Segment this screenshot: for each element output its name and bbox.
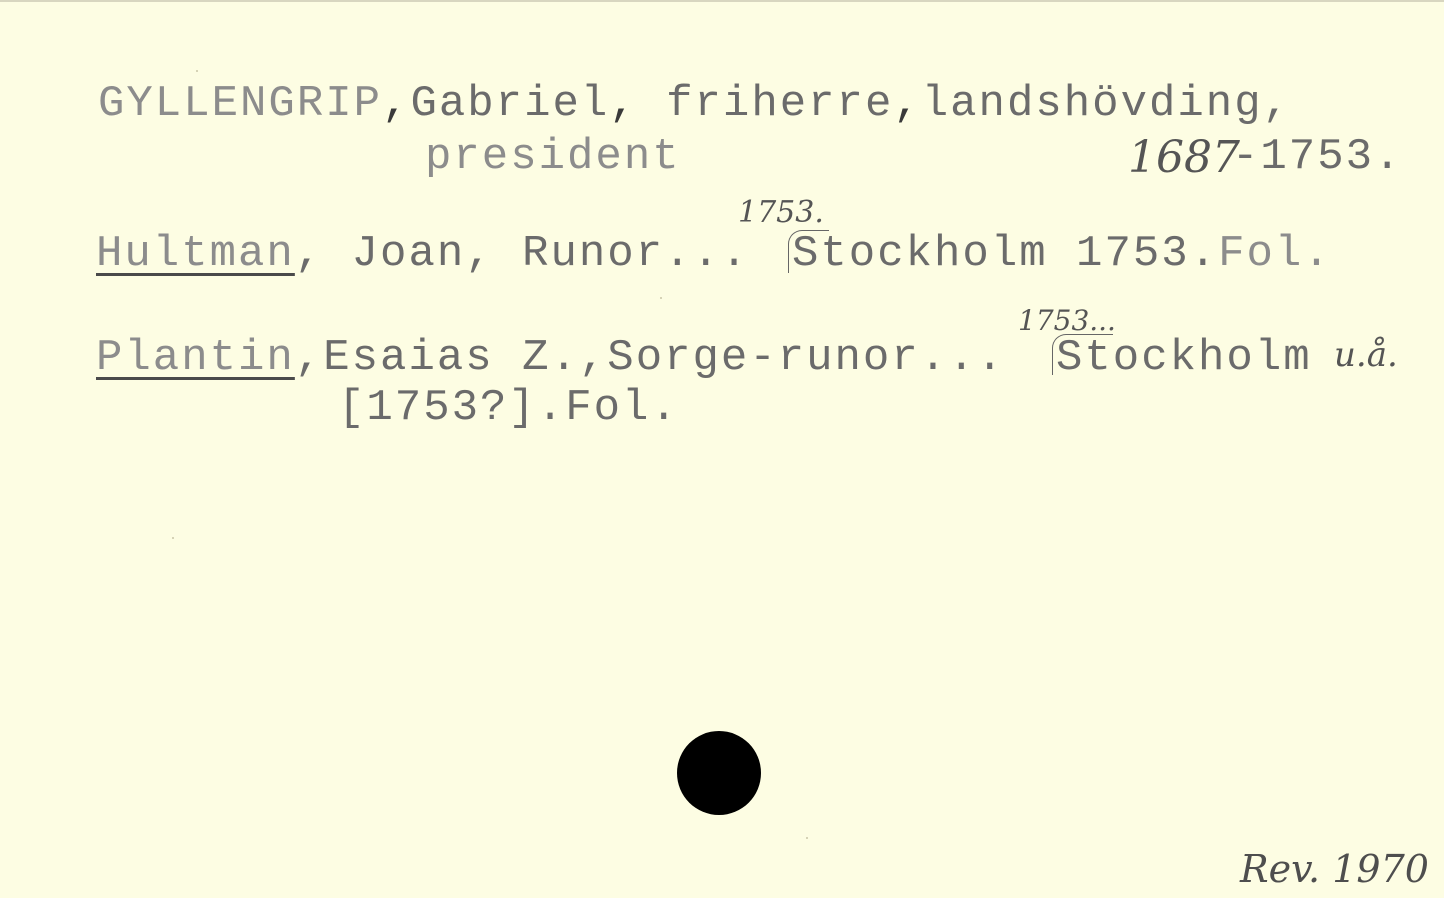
paper-speck xyxy=(172,537,174,539)
entry-2-handwritten-insert: 1753... xyxy=(1018,307,1116,335)
entry-1-author-rest: , Joan, Runor... xyxy=(295,229,749,279)
paper-speck xyxy=(196,70,198,72)
entry-1-imprint-line: Stockholm 1753.Fol. xyxy=(792,232,1332,276)
entry-1-format: Fol. xyxy=(1218,229,1332,279)
punch-hole-icon xyxy=(677,731,761,815)
heading-line-1: GYLLENGRIP,Gabriel, friherre,landshövdin… xyxy=(98,82,1291,126)
heading-title-3: president xyxy=(425,135,681,179)
entry-2-author-rest: ,Esaias Z.,Sorge-runor... xyxy=(295,333,1005,383)
heading-birth-year-handwritten: 1687 xyxy=(1128,136,1240,180)
heading-death-year: -1753. xyxy=(1232,135,1402,179)
entry-2-handwritten-suffix: u.å. xyxy=(1334,338,1398,372)
paper-speck xyxy=(660,297,662,299)
entry-2-imprint: Stockholm xyxy=(1056,336,1312,380)
entry-1-author-surname: Hultman xyxy=(96,229,295,279)
entry-2-author-surname: Plantin xyxy=(96,333,295,383)
heading-title-2: landshövding, xyxy=(922,79,1291,129)
entry-1-handwritten-insert: 1753. xyxy=(738,198,824,228)
revision-note: Rev. 1970 xyxy=(1240,850,1429,888)
entry-1-line: Hultman, Joan, Runor... xyxy=(96,232,749,276)
catalog-card: GYLLENGRIP,Gabriel, friherre,landshövdin… xyxy=(0,0,1444,898)
heading-title-1: friherre xyxy=(666,79,893,129)
heading-author: GYLLENGRIP xyxy=(98,79,382,129)
entry-2-line-2: [1753?].Fol. xyxy=(338,386,679,430)
heading-given-name: Gabriel xyxy=(410,79,609,129)
paper-speck xyxy=(806,837,808,839)
entry-1-imprint: Stockholm 1753. xyxy=(792,229,1218,279)
entry-2-line-1: Plantin,Esaias Z.,Sorge-runor... xyxy=(96,336,1005,380)
